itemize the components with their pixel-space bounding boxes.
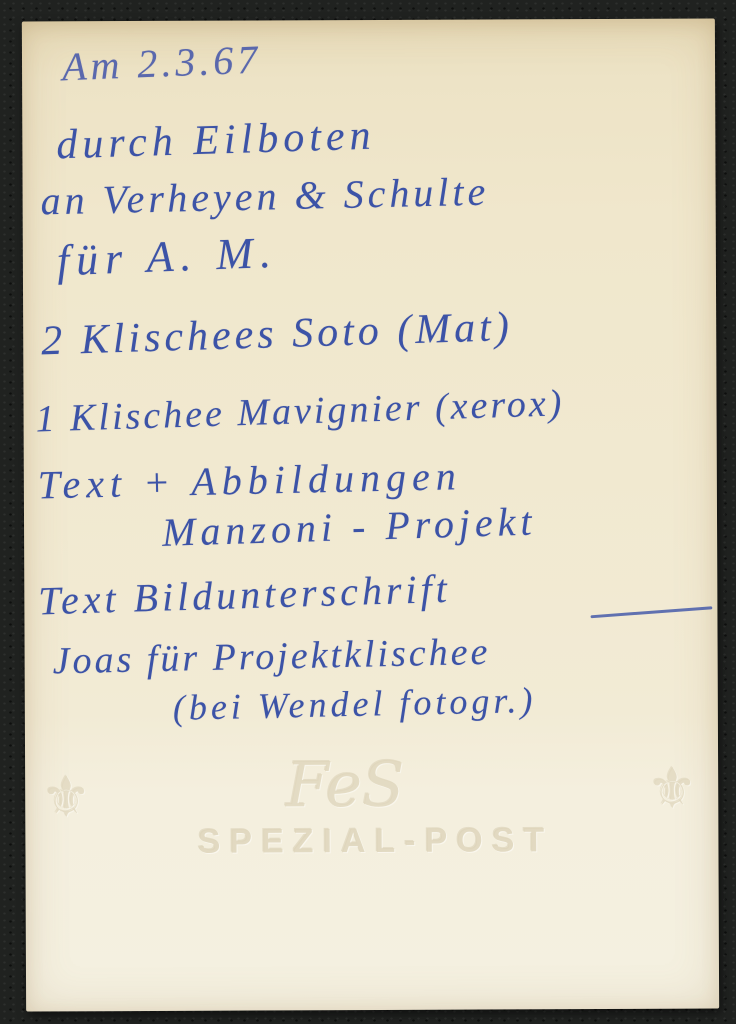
pen-flourish-stroke [590,606,712,618]
item-line-klischee-mavignier: 1 Klischee Mavignier (xerox) [35,381,565,441]
item-line-bei-wendel: (bei Wendel fotogr.) [172,679,536,729]
item-line-manzoni-projekt: Manzoni - Projekt [161,497,537,555]
watermark-script-monogram: FeS [230,748,460,822]
fleur-de-lis-icon: ⚜ [41,765,91,830]
item-line-klischees-soto: 2 Klischees Soto (Mat) [41,303,514,365]
recipient-line: an Verheyen & Schulte [40,168,490,225]
watermark-spezial-post-text: SPEZIAL-POST [165,821,585,862]
photo-background: Am 2.3.67 durch Eilboten an Verheyen & S… [0,0,736,1024]
delivery-method-line: durch Eilboten [56,112,377,170]
item-line-text-abbildungen: Text + Abbildungen [37,452,462,508]
note-paper: Am 2.3.67 durch Eilboten an Verheyen & S… [22,18,719,1011]
item-line-joas-projektklischee: Joas für Projektklischee [52,630,491,684]
attention-line: für A. M. [56,227,279,287]
item-line-bildunterschrift: Text Bildunterschrift [38,565,452,625]
fleur-de-lis-icon: ⚜ [647,757,697,822]
date-line: Am 2.3.67 [61,36,262,91]
